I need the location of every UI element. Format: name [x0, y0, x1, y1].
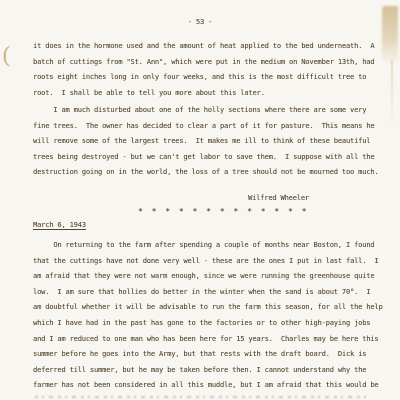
date-heading: March 6, 1943 [33, 218, 86, 234]
body-paragraph-1: it does in the hormone used and the amou… [33, 39, 374, 101]
asterisk-separator: * * * * * * * * * * * * * [138, 204, 308, 220]
body-paragraph-3: On returning to the farm after spending … [33, 238, 383, 394]
corner-stain-artifact [382, 6, 398, 64]
edge-streak-artifact [391, 60, 393, 130]
cutoff-line-artifact [35, 396, 370, 398]
body-paragraph-2: I am much disturbed about one of the hol… [33, 103, 378, 181]
page-number: - 53 - [0, 15, 400, 31]
punch-mark-artifact: ( [2, 44, 11, 69]
document-page: - 53 - it does in the hormone used and t… [0, 0, 400, 400]
